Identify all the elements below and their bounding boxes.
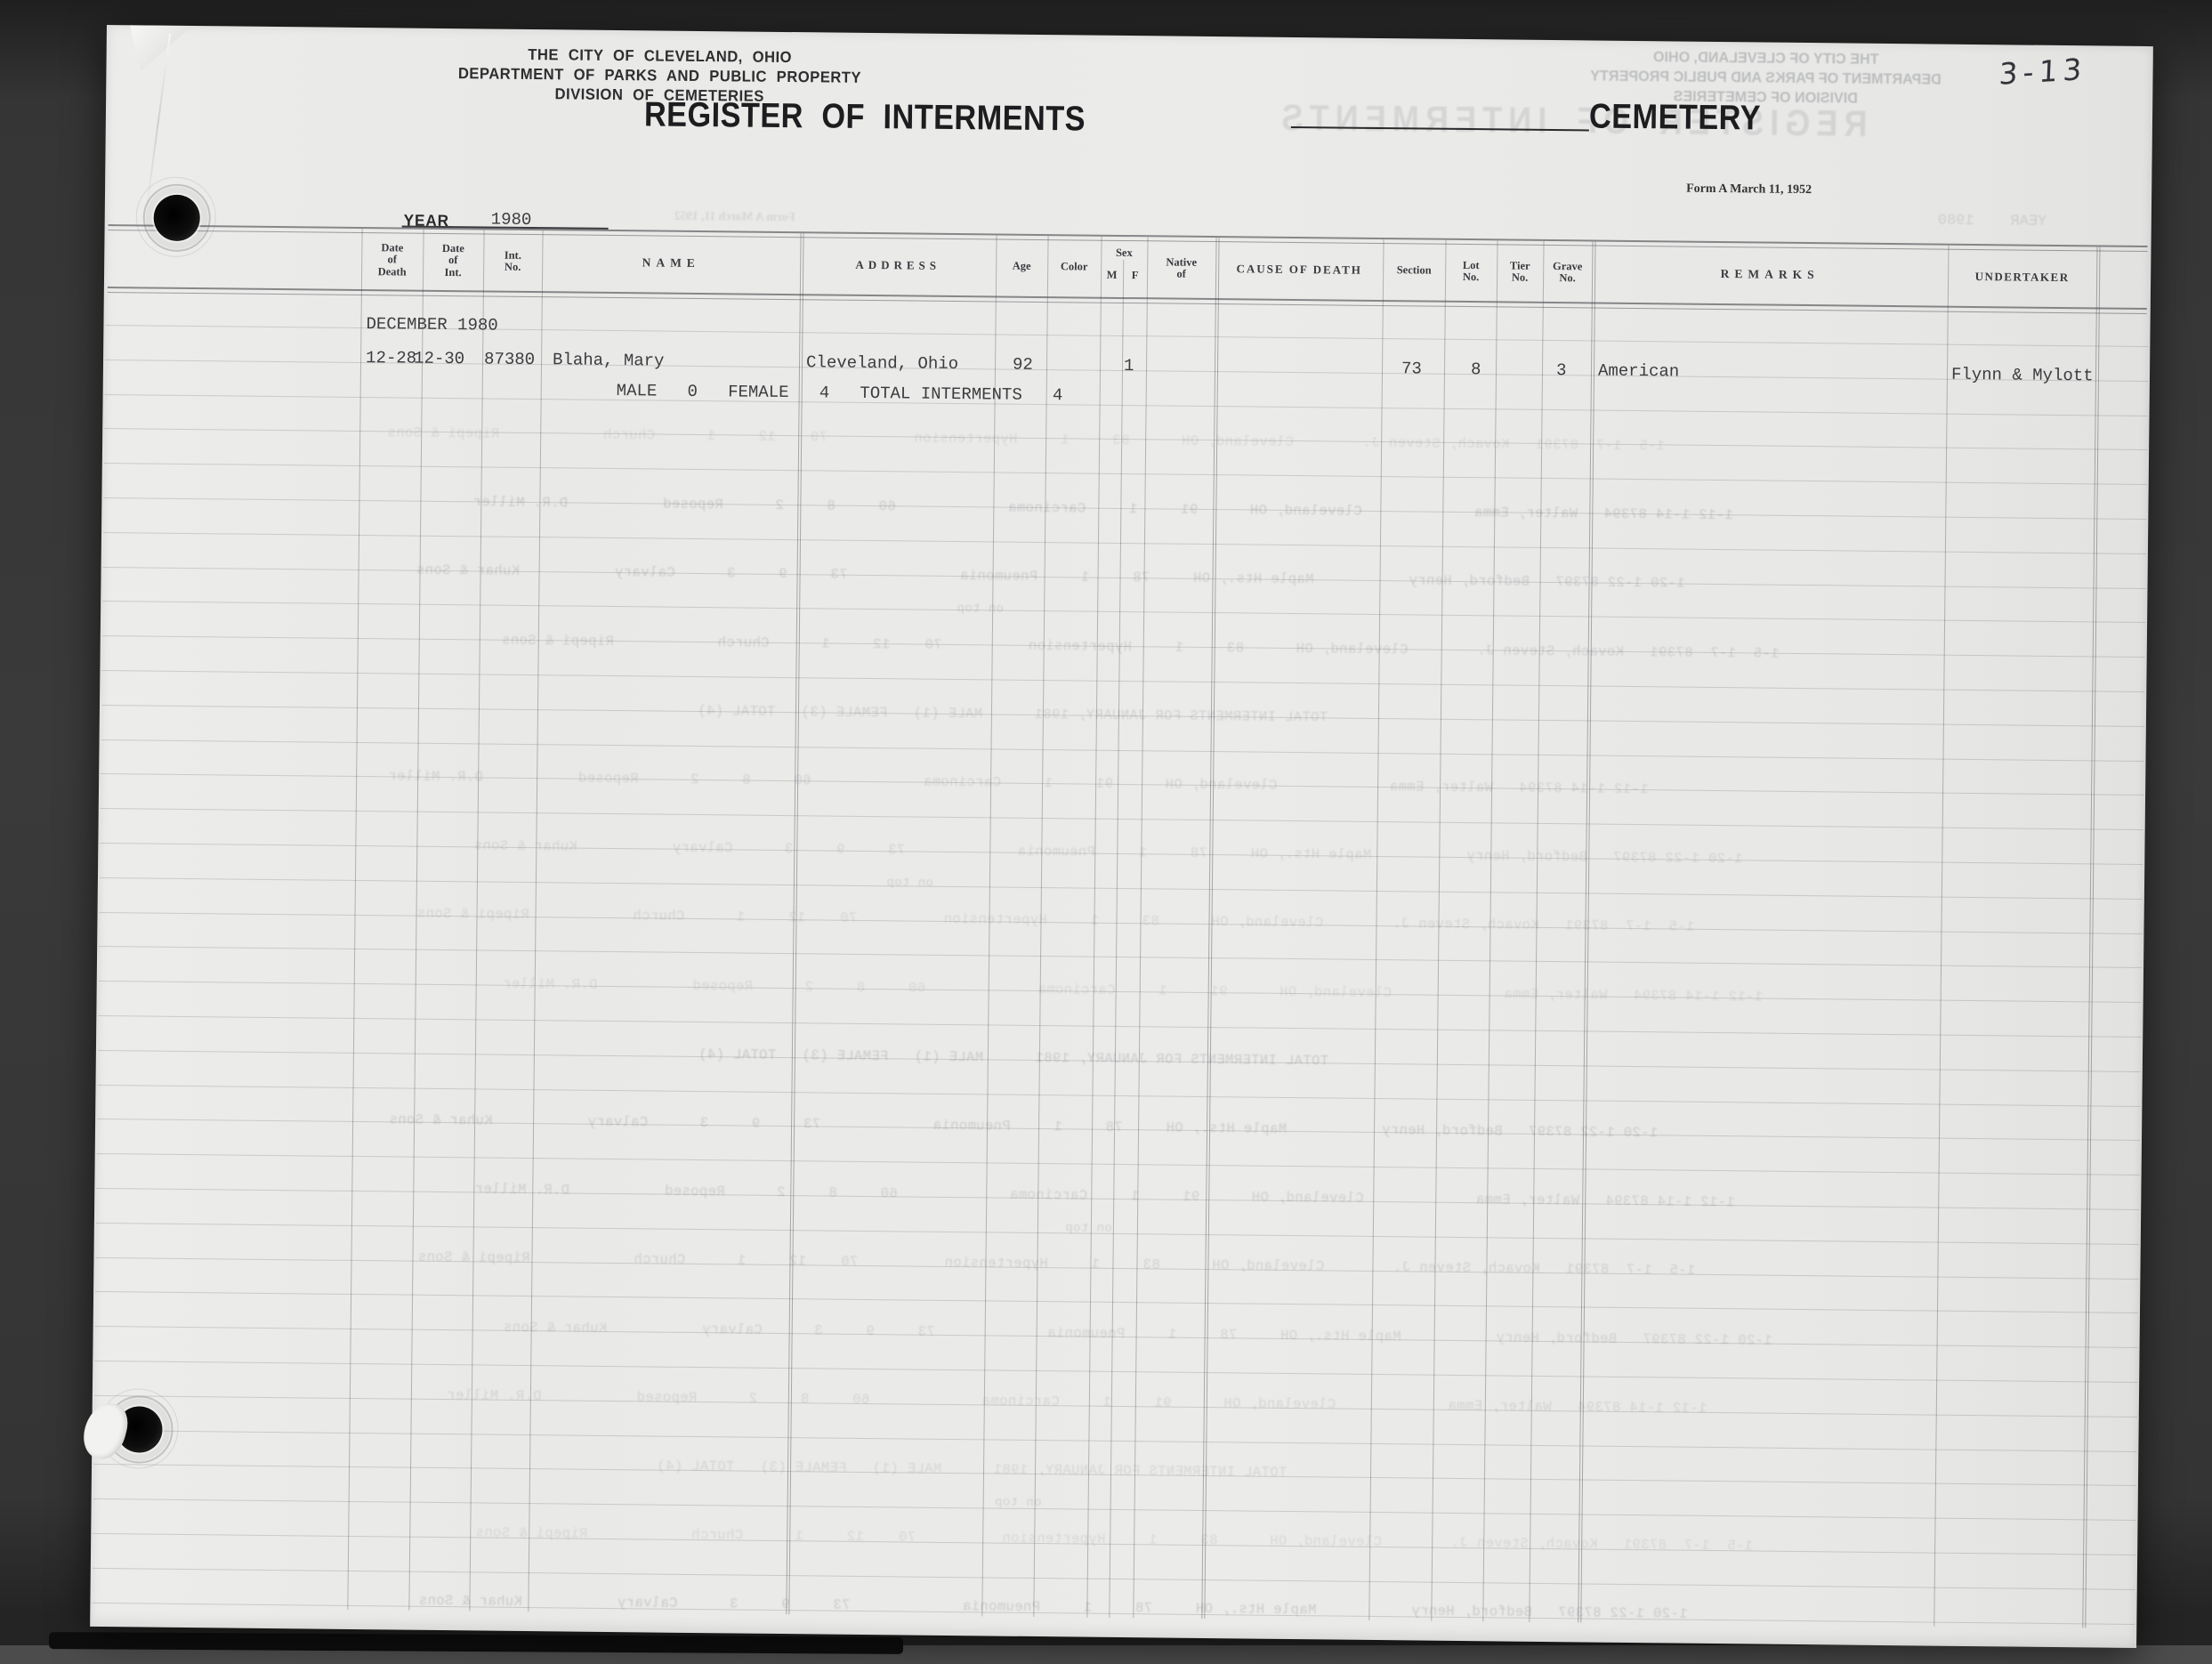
ledger-line bbox=[101, 808, 2143, 830]
ledger-line bbox=[93, 1568, 2135, 1590]
page-title: REGISTER OF INTERMENTS bbox=[644, 95, 1086, 139]
column-header-tier-no: Tier No. bbox=[1497, 244, 1544, 300]
ledger-line bbox=[95, 1291, 2138, 1313]
month-heading: DECEMBER 1980 bbox=[366, 314, 497, 335]
column-header-cause-of-death: CAUSE OF DEATH bbox=[1215, 241, 1384, 298]
bleedthrough-row: 1-5 1-7 87391 Kovach, Steven J. Clevelan… bbox=[417, 1249, 1695, 1279]
bleedthrough-fragment: on top bbox=[886, 876, 933, 891]
column-line bbox=[347, 229, 362, 1610]
ledger-line bbox=[93, 1498, 2136, 1521]
ledger-line bbox=[94, 1361, 2137, 1383]
bleedthrough-row: 1-12 1-14 87394 Walter, Emma Cleveland, … bbox=[474, 1182, 1735, 1211]
ledger-line bbox=[100, 877, 2143, 900]
column-line bbox=[1933, 246, 1949, 1627]
paper: THE CITY OF CLEVELAND, OHIO DEPARTMENT O… bbox=[90, 25, 2153, 1648]
entry-grave-number: 3 bbox=[1556, 360, 1567, 380]
column-header-age: Age bbox=[996, 238, 1048, 295]
entry-interment-number: 87380 bbox=[484, 349, 535, 369]
entry-remarks: American bbox=[1598, 361, 1679, 382]
ledger-line bbox=[98, 1015, 2141, 1038]
sex-female-label: F bbox=[1123, 263, 1147, 287]
sex-label: Sex bbox=[1101, 242, 1147, 264]
bleedthrough-row: 1-5 1-7 87391 Kovach, Steven J. Clevelan… bbox=[416, 906, 1694, 935]
ledger-line bbox=[103, 532, 2146, 554]
year-value: 1980 bbox=[491, 210, 532, 230]
entry-date-of-interment: 12-30 bbox=[414, 349, 464, 369]
entry-address: Cleveland, Ohio bbox=[806, 352, 958, 374]
column-header-color: Color bbox=[1047, 239, 1102, 295]
column-header-remarks: REMARKS bbox=[1592, 245, 1949, 303]
bleedthrough-year-line: YEAR 1980 bbox=[1938, 213, 2047, 230]
bleedthrough-form-note: Form A March 11, 1952 bbox=[674, 209, 795, 224]
ledger-line bbox=[101, 739, 2144, 762]
letterhead-line-2: DEPARTMENT OF PARKS AND PUBLIC PROPERTY bbox=[458, 64, 861, 87]
form-note: Form A March 11, 1952 bbox=[1686, 182, 1812, 198]
entry-name: Blaha, Mary bbox=[553, 350, 665, 370]
column-header-address: ADDRESS bbox=[800, 237, 997, 294]
column-header-native-of: Native of bbox=[1147, 240, 1216, 296]
ledger-line bbox=[97, 1153, 2140, 1175]
sex-male-label: M bbox=[1101, 263, 1123, 287]
column-header-name: NAME bbox=[542, 234, 801, 292]
column-header-sex: SexMF bbox=[1101, 242, 1148, 296]
column-header-undertaker: UNDERTAKER bbox=[1948, 249, 2097, 306]
bleedthrough-row: 1-12 1-14 87394 Walter, Emma Cleveland, … bbox=[503, 975, 1764, 1005]
entry-age: 92 bbox=[1013, 355, 1033, 375]
entry-section: 73 bbox=[1401, 359, 1422, 378]
column-header-date-of-int: Date of Int. bbox=[423, 233, 484, 289]
letterhead-line-1: THE CITY OF CLEVELAND, OHIO bbox=[528, 45, 792, 67]
bleedthrough-row: 1-20 1-22 87397 Bedford, Henry Maple Hts… bbox=[389, 1111, 1658, 1141]
column-header-section: Section bbox=[1383, 243, 1446, 299]
entry-date-of-death: 12-28 bbox=[366, 348, 416, 368]
bleedthrough-row: TOTAL INTERMENTS FOR JANUARY, 1981 MALE … bbox=[657, 1458, 1287, 1481]
handwritten-page-number: 3-13 bbox=[1998, 52, 2088, 92]
entry-lot-number: 8 bbox=[1471, 359, 1481, 379]
column-header-lot-no: Lot No. bbox=[1445, 244, 1498, 300]
ledger-line bbox=[99, 946, 2142, 968]
cemetery-label: CEMETERY bbox=[1589, 97, 1761, 138]
entry-sex-female: 1 bbox=[1124, 356, 1134, 376]
hole-punch-top bbox=[153, 195, 200, 242]
corner-fold bbox=[129, 25, 192, 72]
column-header-date-of-death: Date of Death bbox=[361, 232, 424, 288]
monthly-summary-line: MALE 0 FEMALE 4 TOTAL INTERMENTS 4 bbox=[617, 381, 1063, 405]
column-header-int-no: Int. No. bbox=[483, 233, 543, 289]
ledger-line bbox=[98, 1085, 2141, 1107]
bleedthrough-title: REGISTER OF INTERMENTS bbox=[1275, 97, 1868, 145]
column-header-grave-no: Grave No. bbox=[1543, 245, 1593, 301]
ledger-line bbox=[105, 394, 2148, 416]
ledger-line bbox=[96, 1223, 2139, 1245]
ledger-line bbox=[102, 601, 2145, 623]
ledger-line bbox=[104, 463, 2147, 485]
bleedthrough-row: 1-5 1-7 87391 Kovach, Steven J. Clevelan… bbox=[387, 424, 1665, 454]
column-line bbox=[2082, 246, 2100, 1628]
bleedthrough-row: 1-12 1-14 87394 Walter, Emma Cleveland, … bbox=[447, 1387, 1707, 1417]
entry-undertaker: Flynn & Mylott bbox=[1951, 365, 2094, 386]
ledger-line bbox=[93, 1430, 2136, 1452]
column-line bbox=[1109, 260, 1124, 1618]
bleedthrough-row: 1-12 1-14 87394 Walter, Emma Cleveland, … bbox=[472, 495, 1733, 524]
ledger-line bbox=[101, 670, 2144, 692]
